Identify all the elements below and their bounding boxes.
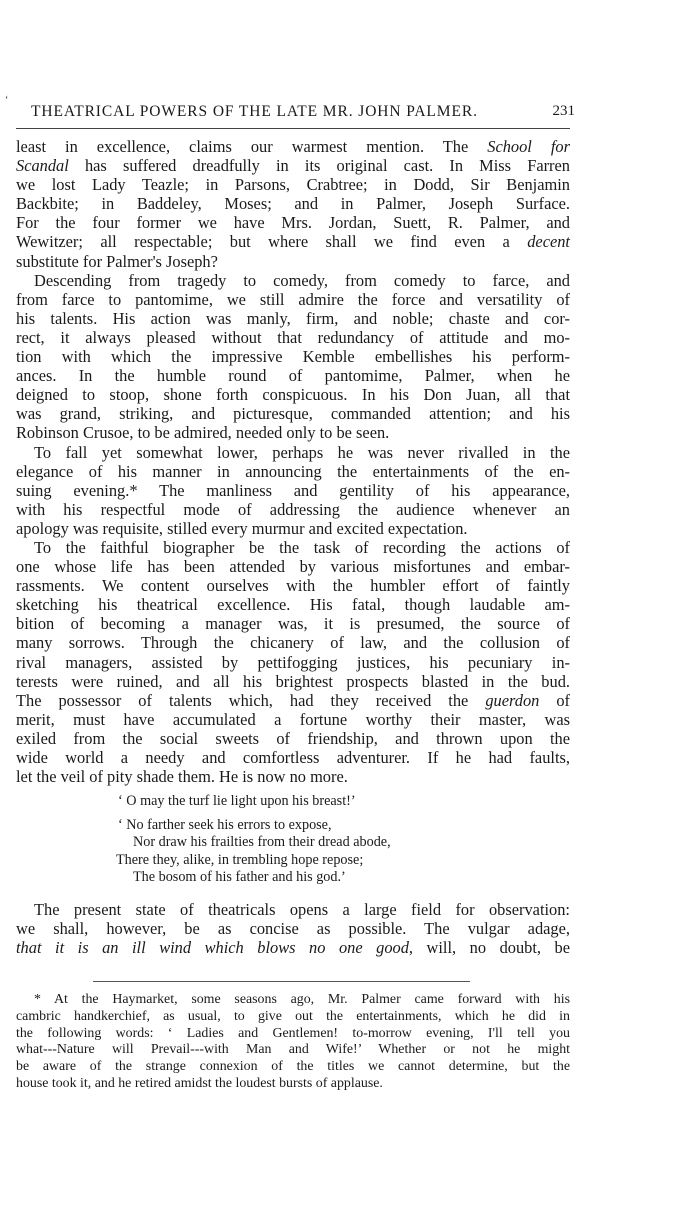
paragraph-line: his talents. His action was manly, firm,… [16,309,570,328]
paragraph-line: suing evening.* The manliness and gentil… [16,481,570,500]
paragraph-line: merit, must have accumulated a fortune w… [16,710,570,729]
paragraph-line: from farce to pantomime, we still admire… [16,290,570,309]
body-text: least in excellence, claims our warmest … [16,137,570,786]
paragraph-line: Backbite; in Baddeley, Moses; and in Pal… [16,194,570,213]
paragraph-line: one whose life has been attended by vari… [16,557,570,576]
running-head: THEATRICAL POWERS OF THE LATE MR. JOHN P… [31,103,571,123]
paragraph-line: let the veil of pity shade them. He is n… [16,767,570,786]
verse-line: There they, alike, in trembling hope rep… [116,852,391,870]
footnote-line: * At the Haymarket, some seasons ago, Mr… [16,992,570,1009]
paragraph-line: For the four former we have Mrs. Jordan,… [16,213,570,232]
body-text-continued: The present state of theatricals opens a… [16,900,570,957]
paragraph-line: ances. In the humble round of pantomime,… [16,366,570,385]
margin-mark: ‘ [5,95,8,106]
paragraph-line: with his respectful mode of addressing t… [16,500,570,519]
paragraph-line: least in excellence, claims our warmest … [16,137,570,156]
footnote-line: cambric handkerchief, as usual, to give … [16,1009,570,1026]
paragraph-line: we lost Lady Teazle; in Parsons, Crabtre… [16,175,570,194]
verse-line: The bosom of his father and his god.’ [116,869,391,887]
paragraph-line: bition of becoming a manager was, it is … [16,614,570,633]
paragraph-line: Robinson Crusoe, to be admired, needed o… [16,423,570,442]
paragraph-line: To the faithful biographer be the task o… [16,538,570,557]
paragraph-line: terests were ruined, and all his brighte… [16,672,570,691]
running-head-title: THEATRICAL POWERS OF THE LATE MR. JOHN P… [31,103,478,121]
paragraph-line: To fall yet somewhat lower, perhaps he w… [16,443,570,462]
paragraph-line: we shall, however, be as concise as poss… [16,919,570,938]
paragraph-line: wide world a needy and comfortless adven… [16,748,570,767]
paragraph-line: rival managers, assisted by pettifogging… [16,653,570,672]
header-rule [16,128,570,129]
verse-line: ‘ O may the turf lie light upon his brea… [116,793,391,811]
paragraph-line: Wewitzer; all respectable; but where sha… [16,232,570,251]
paragraph-line: that it is an ill wind which blows no on… [16,938,570,957]
paragraph-line: rect, it always pleased without that red… [16,328,570,347]
paragraph-line: elegance of his manner in announcing the… [16,462,570,481]
paragraph-line: The possessor of talents which, had they… [16,691,570,710]
italic-title: guerdon [485,691,539,710]
paragraph-line: exiled from the social sweets of friends… [16,729,570,748]
italic-title: Scandal [16,156,69,175]
paragraph-line: The present state of theatricals opens a… [16,900,570,919]
footnote: * At the Haymarket, some seasons ago, Mr… [16,992,570,1093]
paragraph-line: Descending from tragedy to comedy, from … [16,271,570,290]
paragraph-line: rassments. We content ourselves with the… [16,576,570,595]
book-page: ‘ THEATRICAL POWERS OF THE LATE MR. JOHN… [0,0,685,1207]
page-number: 231 [553,103,576,120]
italic-title: decent [527,232,570,251]
italic-adage: that it is an ill wind which blows no on… [16,938,409,957]
paragraph-line: Scandal has suffered dreadfully in its o… [16,156,570,175]
footnote-rule [93,981,470,982]
paragraph-line: deigned to stoop, shone forth conspicuou… [16,385,570,404]
paragraph-line: was grand, striking, and picturesque, co… [16,404,570,423]
italic-title: School for [487,137,570,156]
footnote-line: what---Nature will Prevail---with Man an… [16,1042,570,1059]
paragraph-line: sketching his theatrical excellence. His… [16,595,570,614]
verse-line: ‘ No farther seek his errors to expose, [116,817,391,835]
verse-line: Nor draw his frailties from their dread … [116,834,391,852]
paragraph-line: tion with which the impressive Kemble em… [16,347,570,366]
paragraph-line: apology was requisite, stilled every mur… [16,519,570,538]
verse-quotation: ‘ O may the turf lie light upon his brea… [116,793,391,887]
paragraph-line: substitute for Palmer's Joseph? [16,252,570,271]
paragraph-line: many sorrows. Through the chicanery of l… [16,633,570,652]
footnote-line: house took it, and he retired amidst the… [16,1076,570,1093]
footnote-line: be aware of the strange connexion of the… [16,1059,570,1076]
footnote-line: the following words: ‘ Ladies and Gentle… [16,1026,570,1043]
